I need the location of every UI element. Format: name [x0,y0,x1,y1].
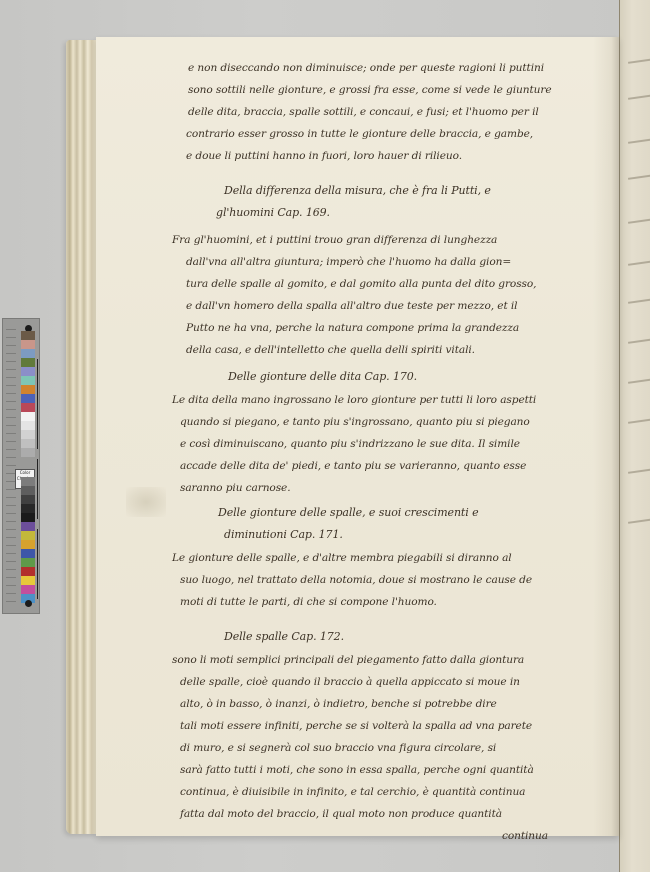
text-line: della casa, e dell'intelletto che quella… [186,344,475,356]
color-swatch [21,439,35,448]
text-line: saranno piu carnose. [180,482,290,494]
color-swatch [21,513,35,522]
scale-rule [37,529,38,599]
text-line: dall'vna all'altra giuntura; imperò che … [186,256,511,268]
color-swatch [21,376,35,385]
color-swatch [21,540,35,549]
text-line: e non diseccando non diminuisce; onde pe… [188,62,544,74]
color-swatch [21,403,35,412]
color-swatch [21,477,35,486]
color-swatch [21,504,35,513]
paper-stain [126,487,166,517]
color-swatches-top [21,331,35,457]
chapter-heading: Delle spalle Cap. 172. [224,630,344,643]
color-swatch [21,331,35,340]
text-line: delle dita, braccia, spalle sottili, e c… [188,106,539,118]
scale-rule [37,459,38,519]
color-swatch [21,412,35,421]
text-line: e così diminuiscano, quanto piu s'indriz… [180,438,520,450]
gutter-shadow [593,37,619,836]
text-line: e dall'vn homero della spalla all'altro … [186,300,517,312]
color-swatch [21,495,35,504]
text-line: Putto ne ha vna, perche la natura compon… [186,322,519,334]
color-swatch [21,349,35,358]
registration-dot-bottom [25,600,32,607]
text-line: Le dita della mano ingrossano le loro gi… [172,394,536,406]
scale-rule [37,359,38,449]
chapter-heading: gl'huomini Cap. 169. [216,206,330,219]
text-line: tura delle spalle al gomito, e dal gomit… [186,278,536,290]
chapter-heading: Della differenza della misura, che è fra… [224,184,491,197]
text-line: sarà fatto tutti i moti, che sono in ess… [180,764,534,776]
color-swatch [21,585,35,594]
color-swatch [21,340,35,349]
color-swatch [21,358,35,367]
color-swatch [21,576,35,585]
color-swatch [21,486,35,495]
color-swatch [21,567,35,576]
text-line: sono sottili nelle gionture, e grossi fr… [188,84,551,96]
text-line: sono li moti semplici principali del pie… [172,654,524,666]
text-line: suo luogo, nel trattato della notomia, d… [180,574,532,586]
facing-page-edge [619,0,650,872]
scale-ticks [6,329,16,603]
text-line: fatta dal moto del braccio, il qual moto… [180,808,502,820]
text-line: contrario esser grosso in tutte le giont… [186,128,533,140]
chapter-heading: diminutioni Cap. 171. [224,528,343,541]
chapter-heading: Delle gionture delle dita Cap. 170. [228,370,417,383]
color-swatch [21,522,35,531]
text-line: e doue li puttini hanno in fuori, loro h… [186,150,462,162]
color-swatch [21,558,35,567]
text-line: tali moti essere infiniti, perche se si … [180,720,532,732]
page-edges-stack [66,40,98,834]
text-line: quando si piegano, e tanto piu s'ingross… [180,416,530,428]
text-line: delle spalle, cioè quando il braccio à q… [180,676,520,688]
color-swatch [21,549,35,558]
color-swatch [21,448,35,457]
catchword: continua [502,830,548,842]
color-swatch [21,421,35,430]
text-line: Le gionture delle spalle, e d'altre memb… [172,552,512,564]
color-swatch [21,531,35,540]
text-line: di muro, e si segnerà col suo braccio vn… [180,742,496,754]
text-line: accade delle dita de' piedi, e tanto piu… [180,460,526,472]
chapter-heading: Delle gionture delle spalle, e suoi cres… [218,506,478,519]
color-calibration-target: Color Checker [2,318,40,614]
color-swatch [21,385,35,394]
text-line: alto, ò in basso, ò inanzi, ò indietro, … [180,698,497,710]
color-swatch [21,367,35,376]
text-line: continua, è diuisibile in infinito, e ta… [180,786,525,798]
color-swatches-bottom [21,477,35,603]
color-swatch [21,394,35,403]
color-swatch [21,430,35,439]
text-line: moti di tutte le parti, di che si compon… [180,596,437,608]
text-line: Fra gl'huomini, et i puttini trouo gran … [172,234,497,246]
